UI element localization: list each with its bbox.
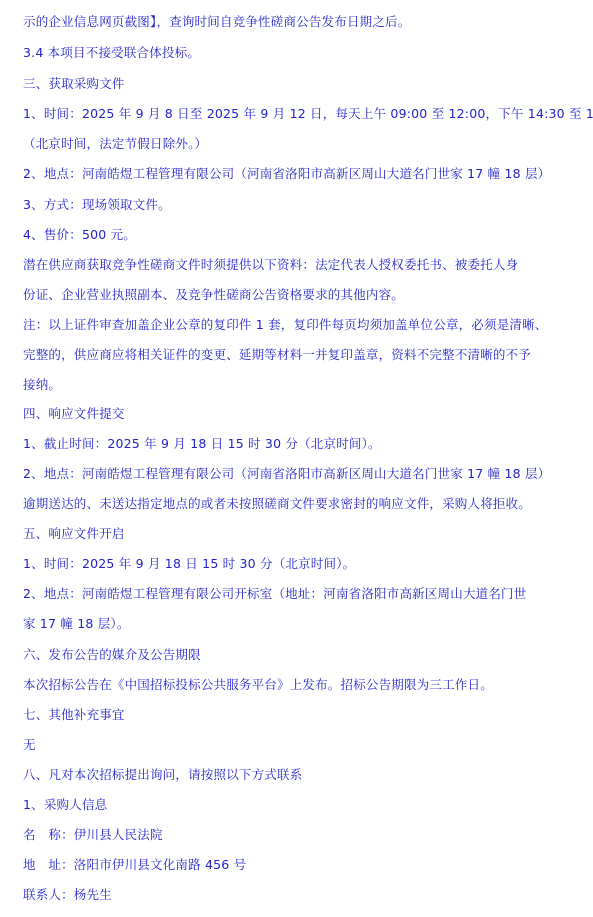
text-line: 份证、企业营业执照副本、及竞争性磋商公告资格要求的其他内容。 — [23, 287, 404, 303]
text-line: 1、截止时间：2025 年 9 月 18 日 15 时 30 分（北京时间）。 — [23, 436, 381, 452]
text-line: 本次招标公告在《中国招标投标公共服务平台》上发布。招标公告期限为三工作日。 — [23, 677, 493, 693]
purchaser-contact: 联系人：杨先生 — [23, 887, 112, 903]
clause-3-4: 3.4 本项目不接受联合体投标。 — [23, 45, 200, 61]
text-line: 完整的，供应商应将相关证件的变更、延期等材料一并复印盖章，资料不完整不清晰的不予 — [23, 347, 531, 363]
text-line: 2、地点：河南皓煜工程管理有限公司开标室（地址：河南省洛阳市高新区周山大道名门世 — [23, 586, 526, 602]
text-line: 2、地点：河南皓煜工程管理有限公司（河南省洛阳市高新区周山大道名门世家 17 幢… — [23, 466, 550, 482]
text-line: 潜在供应商获取竞争性磋商文件时须提供以下资料：法定代表人授权委托书、被委托人身 — [23, 257, 518, 273]
section-heading-3: 三、获取采购文件 — [23, 76, 125, 92]
text-line: 逾期送达的、未送达指定地点的或者未按照磋商文件要求密封的响应文件，采购人将拒收。 — [23, 496, 531, 512]
section-heading-6: 六、发布公告的媒介及公告期限 — [23, 647, 201, 663]
text-line: 1、时间：2025 年 9 月 8 日至 2025 年 9 月 12 日，每天上… — [23, 106, 593, 122]
text-line: 注：以上证件审查加盖企业公章的复印件 1 套，复印件每页均须加盖单位公章，必须是… — [23, 317, 548, 333]
purchaser-name: 名 称：伊川县人民法院 — [23, 827, 163, 843]
text-line: 接纳。 — [23, 377, 61, 393]
text-line: 示的企业信息网页截图】，查询时间自竞争性磋商公告发布日期之后。 — [23, 14, 410, 30]
text-line: 无 — [23, 737, 36, 753]
section-heading-4: 四、响应文件提交 — [23, 406, 125, 422]
text-line: 1、时间：2025 年 9 月 18 日 15 时 30 分（北京时间）。 — [23, 556, 355, 572]
text-line: 3、方式：现场领取文件。 — [23, 197, 171, 213]
section-heading-5: 五、响应文件开启 — [23, 526, 125, 542]
purchaser-address: 地 址：洛阳市伊川县文化南路 456 号 — [23, 857, 246, 873]
text-line: 家 17 幢 18 层）。 — [23, 616, 130, 632]
text-line: 1、采购人信息 — [23, 797, 107, 813]
text-line: 4、售价：500 元。 — [23, 227, 136, 243]
text-line: 2、地点：河南皓煜工程管理有限公司（河南省洛阳市高新区周山大道名门世家 17 幢… — [23, 166, 550, 182]
section-heading-8: 八、凡对本次招标提出询问，请按照以下方式联系 — [23, 767, 302, 783]
text-line: （北京时间，法定节假日除外。） — [23, 136, 207, 152]
section-heading-7: 七、其他补充事宜 — [23, 707, 125, 723]
